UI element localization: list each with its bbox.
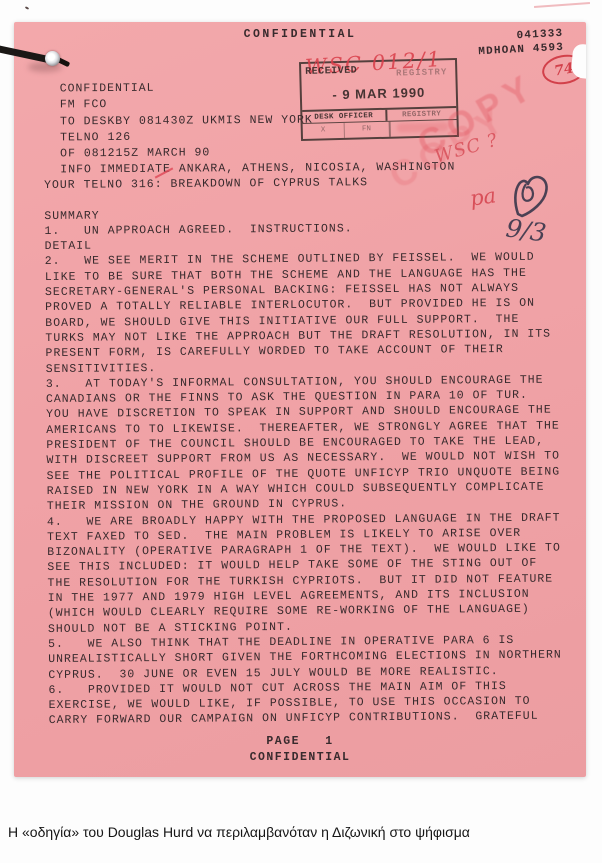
desk-officer-column-label: DESK OFFICER: [302, 110, 387, 123]
desk-officer-value-cell: FN: [344, 122, 391, 138]
page-footer: PAGE 1 CONFIDENTIAL: [14, 734, 586, 766]
reference-numbers: 041333 MDHOAN 4593: [478, 28, 565, 59]
telegram-document: CONFIDENTIAL 041333 MDHOAN 4593 74 CONFI…: [14, 22, 586, 777]
faint-red-corner-mark: [534, 2, 590, 8]
photo-of-telegram: CONFIDENTIAL 041333 MDHOAN 4593 74 CONFI…: [0, 0, 602, 863]
ink-speck: [25, 6, 29, 10]
classification-footer: CONFIDENTIAL: [14, 750, 586, 766]
body-line: CARRY FORWARD OUR CAMPAIGN ON UNFICYP CO…: [49, 709, 563, 729]
telegram-body: YOUR TELNO 316: BREAKDOWN OF CYPRUS TALK…: [44, 174, 562, 729]
desk-officer-initial-cell: X: [303, 123, 345, 139]
paper-tear-notch: [571, 43, 586, 78]
photo-caption: Η «οδηγία» του Douglas Hurd να περιλαμβα…: [8, 824, 470, 840]
received-label: RECEIVED: [305, 66, 357, 78]
registry-label: REGISTRY: [396, 67, 447, 78]
punched-hole-grommet: [45, 51, 60, 66]
page-number: PAGE 1: [14, 734, 586, 750]
body-text-lines: SUMMARY1. UN APPROACH AGREED. INSTRUCTIO…: [44, 204, 562, 729]
date-received-stamp: - 9 MAR 1990: [302, 84, 456, 103]
